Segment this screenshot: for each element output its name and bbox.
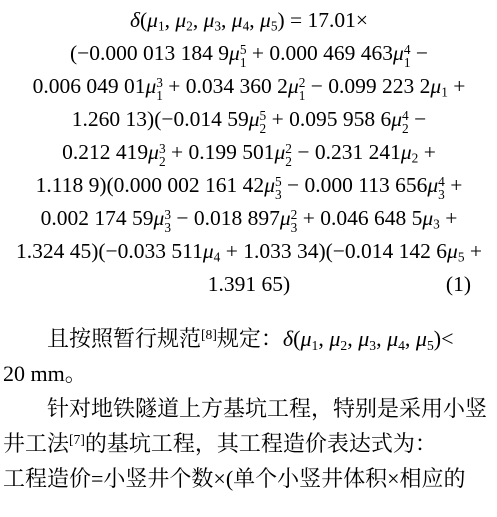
- greek-symbol: μ: [422, 206, 433, 230]
- equation-line: 1.391 65): [3, 268, 495, 301]
- greek-symbol: μ: [148, 140, 159, 164]
- text-run: + 0.199 501: [166, 140, 275, 164]
- text-run: ,: [249, 8, 260, 32]
- superscript-ref: [7]: [69, 432, 85, 447]
- subscript: 1: [240, 56, 247, 69]
- text-run: 1.260 13)(−0.014 59: [72, 107, 249, 131]
- text-run: 0.006 049 01: [33, 74, 146, 98]
- greek-symbol: μ: [147, 8, 158, 32]
- text-run: 1.324 45)(−0.033 511: [16, 239, 203, 263]
- text-run: ,: [405, 326, 416, 351]
- text-run: 1.118 9)(0.000 002 161 42: [36, 173, 265, 197]
- greek-symbol: μ: [358, 326, 369, 351]
- document-page: (1) δ(μ1, μ2, μ3, μ4, μ5) = 17.01×(−0.00…: [0, 0, 497, 496]
- subscript: 5: [427, 338, 434, 353]
- greek-symbol: μ: [300, 326, 311, 351]
- sub-sup-script: 32: [159, 142, 166, 169]
- text-run: +: [465, 239, 483, 263]
- superscript: 3: [156, 76, 163, 89]
- greek-symbol: δ: [283, 326, 293, 351]
- greek-symbol: μ: [229, 41, 240, 65]
- text-run: 规定：: [217, 326, 283, 351]
- superscript-ref: [8]: [201, 327, 217, 342]
- superscript: 5: [275, 175, 282, 188]
- text-run: ) = 17.01×: [277, 8, 368, 32]
- greek-symbol: μ: [391, 107, 402, 131]
- subscript: 1: [158, 19, 165, 34]
- subscript: 5: [458, 250, 465, 265]
- greek-symbol: μ: [447, 239, 458, 263]
- text-run: + 0.095 958 6: [266, 107, 391, 131]
- sub-sup-script: 53: [275, 175, 282, 202]
- subscript: 2: [402, 122, 409, 135]
- text-line: 且按照暂行规范[8]规定：δ(μ1, μ2, μ3, μ4, μ5)<: [3, 321, 495, 356]
- text-run: +: [448, 74, 466, 98]
- sub-sup-script: 51: [240, 43, 247, 70]
- greek-symbol: δ: [130, 8, 140, 32]
- greek-symbol: μ: [427, 173, 438, 197]
- subscript: 1: [156, 89, 163, 102]
- sub-sup-script: 31: [156, 76, 163, 103]
- text-run: ,: [221, 8, 232, 32]
- subscript: 2: [186, 19, 193, 34]
- equation-line: 0.006 049 01μ31 + 0.034 360 2μ21 − 0.099…: [3, 70, 495, 103]
- subscript: 2: [159, 155, 166, 168]
- paragraph-pit-intro: 针对地铁隧道上方基坑工程，特别是采用小竖井工法[7]的基坑工程，其工程造价表达式…: [3, 391, 495, 461]
- text-run: +: [445, 173, 463, 197]
- text-line: 工程造价=小竖井个数×(单个小竖井体积×相应的: [3, 461, 495, 496]
- text-line: 针对地铁隧道上方基坑工程，特别是采用小竖: [3, 391, 495, 426]
- text-run: + 1.033 34)(−0.014 142 6: [220, 239, 447, 263]
- greek-symbol: μ: [260, 8, 271, 32]
- text-run: 0.212 419: [62, 140, 148, 164]
- text-run: − 0.231 241: [292, 140, 401, 164]
- subscript: 2: [285, 155, 292, 168]
- text-run: 井工法: [3, 431, 69, 456]
- greek-symbol: μ: [416, 326, 427, 351]
- text-run: + 0.034 360 2: [163, 74, 288, 98]
- text-line: 井工法[7]的基坑工程，其工程造价表达式为：: [3, 426, 495, 461]
- subscript: 3: [433, 217, 440, 232]
- sub-sup-script: 33: [164, 208, 171, 235]
- greek-symbol: μ: [204, 8, 215, 32]
- subscript: 1: [441, 85, 448, 100]
- subscript: 3: [438, 188, 445, 201]
- greek-symbol: μ: [280, 206, 291, 230]
- text-run: 1.391 65): [208, 272, 290, 296]
- paragraph-cost-expression: 工程造价=小竖井个数×(单个小竖井体积×相应的: [3, 461, 495, 496]
- sub-sup-script: 22: [285, 142, 292, 169]
- paragraph-regulation: 且按照暂行规范[8]规定：δ(μ1, μ2, μ3, μ4, μ5)<20 mm…: [3, 321, 495, 391]
- equation-line: 1.260 13)(−0.014 59μ52 + 0.095 958 6μ42 …: [3, 103, 495, 136]
- text-run: 0.002 174 59: [41, 206, 154, 230]
- text-run: ,: [165, 8, 176, 32]
- greek-symbol: μ: [175, 8, 186, 32]
- text-run: ,: [347, 326, 358, 351]
- subscript: 4: [398, 338, 405, 353]
- greek-symbol: μ: [203, 239, 214, 263]
- greek-symbol: μ: [232, 8, 243, 32]
- text-run: + 0.046 648 5: [297, 206, 422, 230]
- greek-symbol: μ: [145, 74, 156, 98]
- superscript: 4: [438, 175, 445, 188]
- subscript: 3: [164, 221, 171, 234]
- equation-line: 0.212 419μ32 + 0.199 501μ22 − 0.231 241μ…: [3, 136, 495, 169]
- text-run: − 0.099 223 2: [305, 74, 430, 98]
- greek-symbol: μ: [264, 173, 275, 197]
- text-run: + 0.000 469 463: [247, 41, 394, 65]
- superscript: 4: [402, 109, 409, 122]
- text-run: +: [418, 140, 436, 164]
- greek-symbol: μ: [154, 206, 165, 230]
- equation-line: 0.002 174 59μ33 − 0.018 897μ23 + 0.046 6…: [3, 202, 495, 235]
- text-run: +: [440, 206, 458, 230]
- body-text: 且按照暂行规范[8]规定：δ(μ1, μ2, μ3, μ4, μ5)<20 mm…: [3, 321, 495, 496]
- greek-symbol: μ: [275, 140, 286, 164]
- superscript: 2: [285, 142, 292, 155]
- text-run: ,: [318, 326, 329, 351]
- equation-line: δ(μ1, μ2, μ3, μ4, μ5) = 17.01×: [3, 4, 495, 37]
- text-line: 20 mm。: [3, 356, 495, 391]
- superscript: 3: [164, 208, 171, 221]
- text-run: −: [410, 41, 428, 65]
- text-run: 的基坑工程，其工程造价表达式为：: [85, 431, 437, 456]
- text-run: − 0.000 113 656: [282, 173, 428, 197]
- superscript: 3: [159, 142, 166, 155]
- greek-symbol: μ: [393, 41, 404, 65]
- text-run: 针对地铁隧道上方基坑工程，特别是采用小竖: [47, 396, 487, 421]
- text-run: −: [409, 107, 427, 131]
- text-run: 20 mm。: [3, 361, 87, 386]
- equation-line: 1.324 45)(−0.033 511μ4 + 1.033 34)(−0.01…: [3, 235, 495, 268]
- greek-symbol: μ: [329, 326, 340, 351]
- text-run: 工程造价=小竖井个数×(单个小竖井体积×相应的: [3, 466, 466, 491]
- equation-line: (−0.000 013 184 9μ51 + 0.000 469 463μ41 …: [3, 37, 495, 70]
- greek-symbol: μ: [401, 140, 412, 164]
- greek-symbol: μ: [430, 74, 441, 98]
- sub-sup-script: 43: [438, 175, 445, 202]
- superscript: 5: [240, 43, 247, 56]
- greek-symbol: μ: [288, 74, 299, 98]
- text-run: ,: [376, 326, 387, 351]
- text-run: (−0.000 013 184 9: [70, 41, 229, 65]
- text-run: ,: [193, 8, 204, 32]
- greek-symbol: μ: [249, 107, 260, 131]
- equation-line: 1.118 9)(0.000 002 161 42μ53 − 0.000 113…: [3, 169, 495, 202]
- sub-sup-script: 42: [402, 109, 409, 136]
- equation-number: (1): [446, 268, 471, 301]
- greek-symbol: μ: [387, 326, 398, 351]
- text-run: 且按照暂行规范: [47, 326, 201, 351]
- text-run: − 0.018 897: [171, 206, 280, 230]
- equation-block: (1) δ(μ1, μ2, μ3, μ4, μ5) = 17.01×(−0.00…: [3, 4, 495, 301]
- text-run: )<: [434, 326, 454, 351]
- subscript: 3: [275, 188, 282, 201]
